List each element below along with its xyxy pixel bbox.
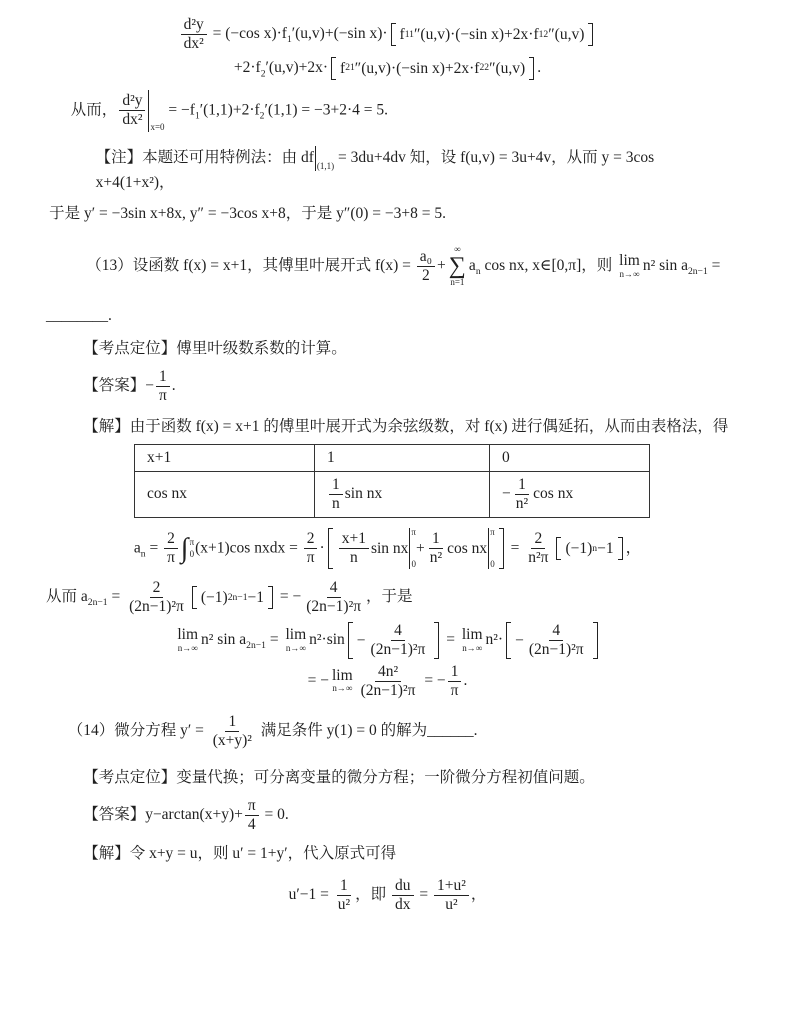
table-row: cos nx1nsin nx−1n²cos nx: [135, 472, 650, 518]
solution-13-intro: 【解】由于函数 f(x) = x+1 的傅里叶展开式为余弦级数，对 f(x) 进…: [46, 415, 729, 438]
kaodian-13: 【考点定位】傅里叶级数系数的计算。: [46, 337, 729, 360]
eq-a2n-minus-1: 从而 a2n−1 = 2(2n−1)²π(−1)2n−1−1 = −4(2n−1…: [46, 579, 729, 616]
blank-answer-line-13: ________.: [46, 304, 729, 327]
document-content: d²ydx² = (−cos x)·f1′(u,v)+(−sin x)· f11…: [46, 16, 729, 914]
kaodian-14: 【考点定位】变量代换；可分离变量的微分方程；一阶微分方程初值问题。: [46, 766, 729, 789]
table-cell: x+1: [135, 445, 315, 472]
eq-an-coefficient: an = 2π∫π0(x+1)cos nxdx = 2π·x+1nsin nxπ…: [46, 526, 729, 572]
eq-second-derivative-line2: +2·f2′(u,v)+2x· f21″(u,v)·(−sin x)+2x·f2…: [46, 55, 729, 82]
note-special-case-conclusion: 于是 y′ = −3sin x+8x, y″ = −3cos x+8，于是 y″…: [46, 202, 729, 225]
solution-14-intro: 【解】令 x+y = u，则 u′ = 1+y′，代入原式可得: [46, 842, 729, 865]
eq-substituted-ode: u′−1 = 1u²，即 dudx = 1+u²u²，: [46, 877, 729, 914]
answer-14: 【答案】y−arctan(x+y)+π4 = 0.: [46, 797, 729, 834]
fourier-integration-table: x+110cos nx1nsin nx−1n²cos nx: [134, 444, 650, 518]
note-special-case-method: 【注】本题还可用特例法：由 df(1,1) = 3du+4dv 知，设 f(u,…: [46, 146, 729, 194]
answer-13: 【答案】−1π.: [46, 368, 729, 405]
eq-evaluate-at-zero: 从而，d²ydx²x=0 = −f1′(1,1)+2·f2′(1,1) = −3…: [46, 90, 729, 132]
table-cell: 0: [490, 445, 650, 472]
document-page: d²ydx² = (−cos x)·f1′(u,v)+(−sin x)· f11…: [0, 0, 785, 1010]
table-cell: 1: [315, 445, 490, 472]
eq-limit-line2: = −limn→∞4n²(2n−1)²π = −1π.: [46, 663, 729, 700]
question-14: （14）微分方程 y′ = 1(x+y)² 满足条件 y(1) = 0 的解为_…: [46, 713, 729, 750]
eq-second-derivative-line1: d²ydx² = (−cos x)·f1′(u,v)+(−sin x)· f11…: [46, 16, 729, 53]
question-13: （13）设函数 f(x) = x+1，其傅里叶展开式 f(x) = a₀2+∞∑…: [46, 245, 729, 288]
table-cell: 1nsin nx: [315, 472, 490, 518]
table-cell: cos nx: [135, 472, 315, 518]
table-row: x+110: [135, 445, 650, 472]
eq-limit-line1: limn→∞n² sin a2n−1 = limn→∞n²·sin−4(2n−1…: [46, 620, 729, 661]
table-cell: −1n²cos nx: [490, 472, 650, 518]
